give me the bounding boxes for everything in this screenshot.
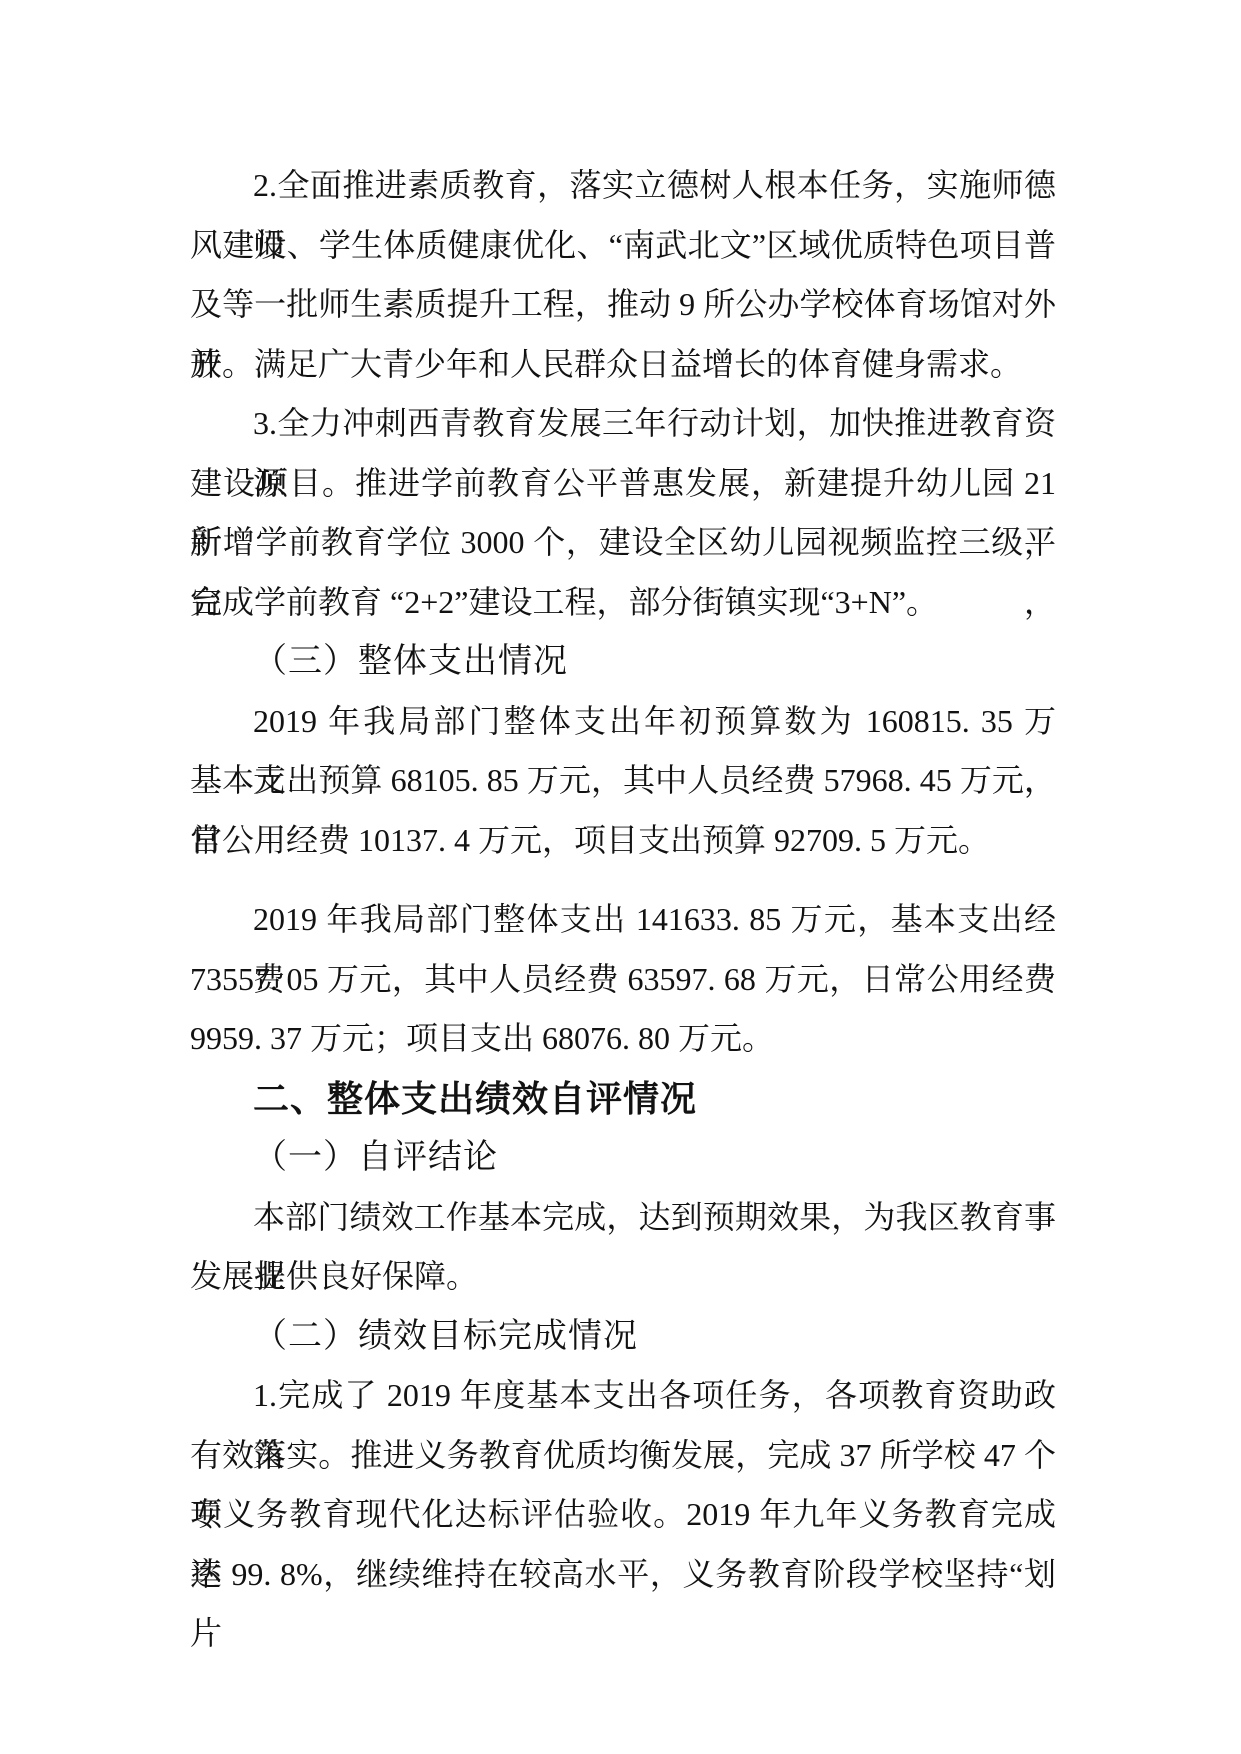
paragraph: 2.全面推进素质教育，落实立德树人根本任务，实施师德师风建设、学生体质健康优化、…: [190, 156, 1056, 394]
text-line: 2019 年我局部门整体支出 141633. 85 万元，基本支出经费: [190, 890, 1056, 950]
text-line: 3.全力冲刺西青教育发展三年行动计划，加快推进教育资源: [190, 394, 1056, 454]
text-line: 建设项目。推进学前教育公平普惠发展，新建提升幼儿园 21 所，: [190, 454, 1056, 514]
paragraph: 2019 年我局部门整体支出年初预算数为 160815. 35 万元，基本支出预…: [190, 692, 1056, 871]
heading-kai: （二）绩效目标完成情况: [190, 1307, 1056, 1367]
text-line: 有效落实。推进义务教育优质均衡发展，完成 37 所学校 47 个专: [190, 1426, 1056, 1486]
text-line: 项义务教育现代化达标评估验收。2019 年九年义务教育完成率: [190, 1485, 1056, 1545]
text-line: 基本支出预算 68105. 85 万元，其中人员经费 57968. 45 万元，…: [190, 751, 1056, 811]
document-page: 2.全面推进素质教育，落实立德树人根本任务，实施师德师风建设、学生体质健康优化、…: [0, 0, 1241, 1754]
text-line: 9959. 37 万元；项目支出 68076. 80 万元。: [190, 1009, 1056, 1069]
text-line: 放。满足广大青少年和人民群众日益增长的体育健身需求。: [190, 335, 1056, 395]
text-line: 完成学前教育 “2+2”建设工程，部分街镇实现“3+N”。: [190, 573, 1056, 633]
paragraph: 本部门绩效工作基本完成，达到预期效果，为我区教育事业发展提供良好保障。: [190, 1188, 1056, 1307]
text-line: 达 99. 8%，继续维持在较高水平，义务教育阶段学校坚持“划片: [190, 1545, 1056, 1605]
text-line: 常公用经费 10137. 4 万元，项目支出预算 92709. 5 万元。: [190, 811, 1056, 871]
text-line: 73557. 05 万元，其中人员经费 63597. 68 万元，日常公用经费: [190, 950, 1056, 1010]
text-line: 及等一批师生素质提升工程，推动 9 所公办学校体育场馆对外开: [190, 275, 1056, 335]
paragraph: 1.完成了 2019 年度基本支出各项任务，各项教育资助政策有效落实。推进义务教…: [190, 1366, 1056, 1604]
text-line: 新增学前教育学位 3000 个，建设全区幼儿园视频监控三级平台，: [190, 513, 1056, 573]
paragraph: 2019 年我局部门整体支出 141633. 85 万元，基本支出经费73557…: [190, 890, 1056, 1069]
document-text-block: 2.全面推进素质教育，落实立德树人根本任务，实施师德师风建设、学生体质健康优化、…: [190, 156, 1056, 1604]
text-line: （二）绩效目标完成情况: [190, 1307, 1056, 1367]
heading-bold: 二、整体支出绩效自评情况: [190, 1069, 1056, 1129]
text-line: 风建设、学生体质健康优化、“南武北文”区域优质特色项目普: [190, 216, 1056, 276]
text-line: 2.全面推进素质教育，落实立德树人根本任务，实施师德师: [190, 156, 1056, 216]
text-line: （三）整体支出情况: [190, 632, 1056, 692]
text-line: 二、整体支出绩效自评情况: [190, 1069, 1056, 1129]
text-line: 发展提供良好保障。: [190, 1247, 1056, 1307]
text-line: （一）自评结论: [190, 1128, 1056, 1188]
heading-kai: （一）自评结论: [190, 1128, 1056, 1188]
text-line: 本部门绩效工作基本完成，达到预期效果，为我区教育事业: [190, 1188, 1056, 1248]
paragraph: 3.全力冲刺西青教育发展三年行动计划，加快推进教育资源建设项目。推进学前教育公平…: [190, 394, 1056, 632]
text-line: 2019 年我局部门整体支出年初预算数为 160815. 35 万元，: [190, 692, 1056, 752]
heading-kai: （三）整体支出情况: [190, 632, 1056, 692]
text-line: 1.完成了 2019 年度基本支出各项任务，各项教育资助政策: [190, 1366, 1056, 1426]
